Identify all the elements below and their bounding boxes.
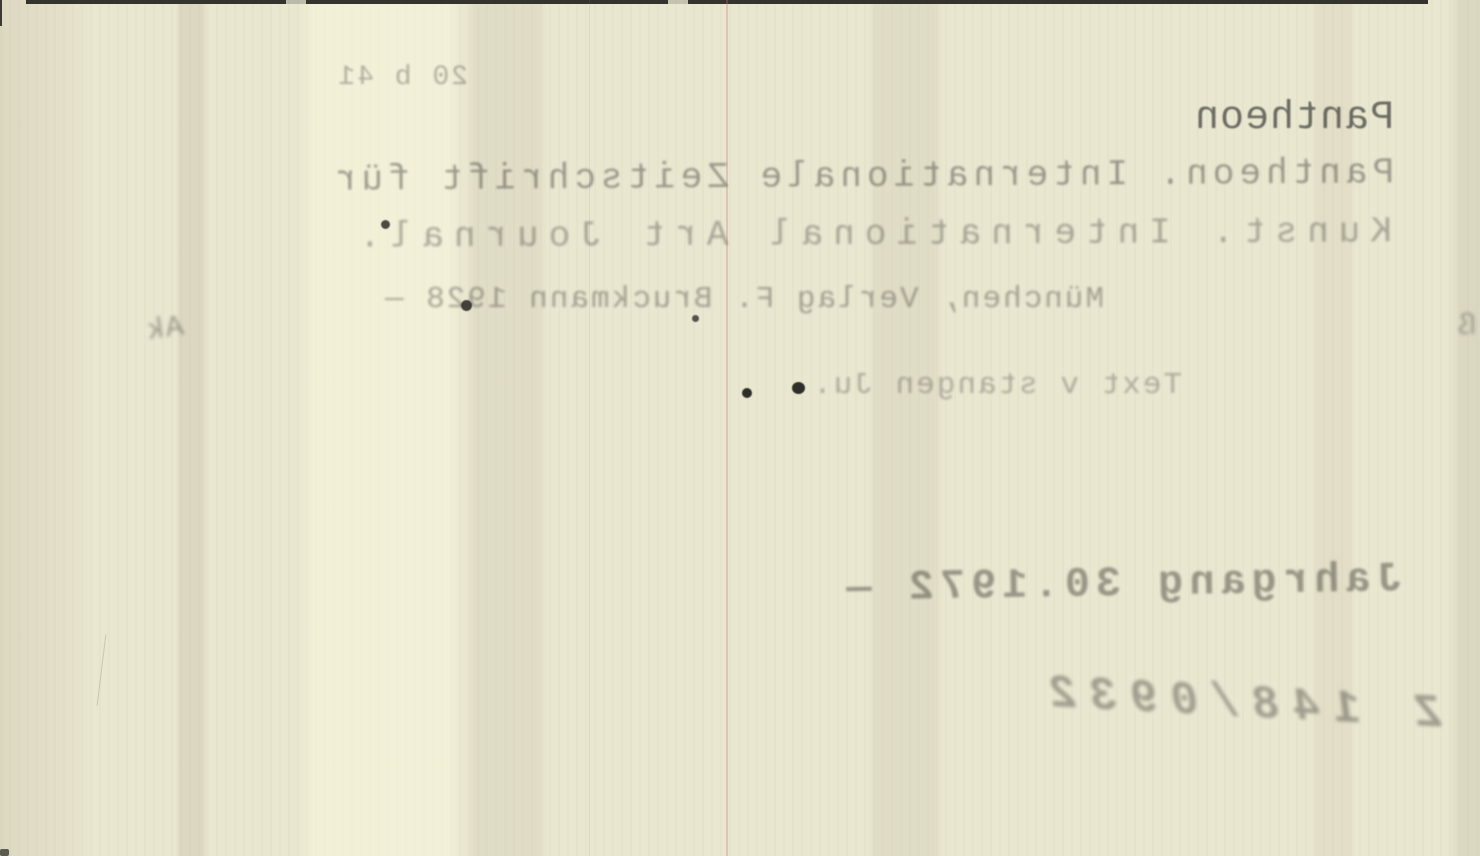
card-top-edge-line [0,0,1480,4]
ink-dot [381,220,390,229]
ink-dot [792,382,805,394]
mirrored-imprint-line: München, Verlag F. Bruckmann 1928 — [392,282,1104,317]
card-left-edge-line [0,0,2,26]
mirrored-shelfmark-stamp: Z 148/0932 [1041,668,1443,741]
catalog-card: Pantheon 20 b 41 Pantheon. International… [0,0,1480,856]
mirrored-heading-pantheon: Pantheon [1148,96,1394,141]
red-scan-line [726,0,728,856]
mirrored-corner-mark: 20 b 41 [278,62,468,93]
paper-scratch [97,634,107,706]
ink-dot [461,300,472,311]
handwritten-ink-smudge: Ak [98,310,186,355]
mirrored-volume-stamp: Jahrgang 30.1972 — [836,555,1403,613]
mirrored-note-line: Text v stangen Ju. [820,368,1182,403]
bottom-left-ink-speck [0,849,9,856]
red-scan-line-faint [589,0,590,856]
right-edge-ink-mark: ß [1424,310,1476,344]
ink-dot [692,315,699,322]
mirrored-title-line-2: Kunst. International Art Journal. [332,211,1392,258]
ink-dot [742,388,752,398]
mirrored-title-line-1: Pantheon. Internationale Zeitschrift für [332,152,1394,200]
